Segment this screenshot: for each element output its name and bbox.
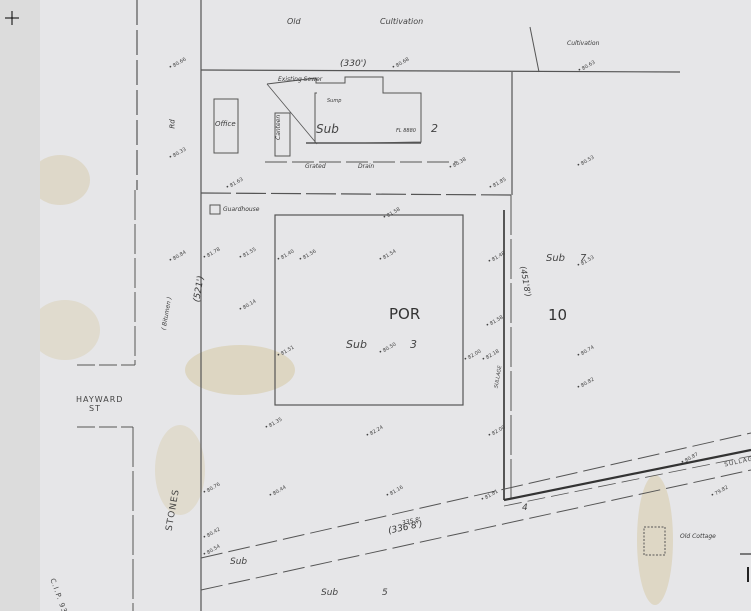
label-cultivation-right: Cultivation [567, 40, 599, 47]
label-old: Old [287, 17, 301, 26]
label-sub2-number: 2 [431, 122, 438, 135]
label-sub2: Sub [316, 122, 339, 136]
label-cultivation: Cultivation [380, 17, 423, 26]
label-drain: Drain [358, 163, 374, 170]
left-panel [0, 0, 40, 611]
label-hayward-st: ST [89, 404, 101, 413]
label-hayward: HAYWARD [76, 395, 123, 404]
label-grated: Grated [305, 163, 326, 170]
label-sub5-number: 5 [382, 588, 388, 598]
crosshair-icon [4, 10, 20, 26]
label-lot-10: 10 [548, 306, 567, 324]
label-sub7: Sub [546, 253, 565, 264]
label-existing-sewer: Existing Sewer [278, 76, 322, 83]
label-sub5: Sub [321, 588, 338, 598]
label-sub3-number: 3 [410, 338, 417, 351]
label-rd: Rd [169, 119, 177, 128]
label-sump: Sump [327, 98, 341, 104]
dimension-top: (330') [340, 59, 367, 69]
label-sub3: Sub [346, 338, 367, 351]
label-office: Office [215, 120, 236, 128]
label-old-cottage: Old Cottage [680, 533, 716, 540]
label-guardhouse: Guardhouse [223, 206, 260, 213]
label-sub-bottom-left: Sub [230, 557, 247, 567]
label-lot-4: 4 [522, 503, 528, 513]
label-canteen: Canteen [275, 115, 282, 140]
label-fl: FL 8880 [396, 128, 416, 134]
map-viewer[interactable]: Old Cultivation Cultivation (330') Exist… [40, 0, 751, 611]
label-por: POR [389, 305, 420, 323]
